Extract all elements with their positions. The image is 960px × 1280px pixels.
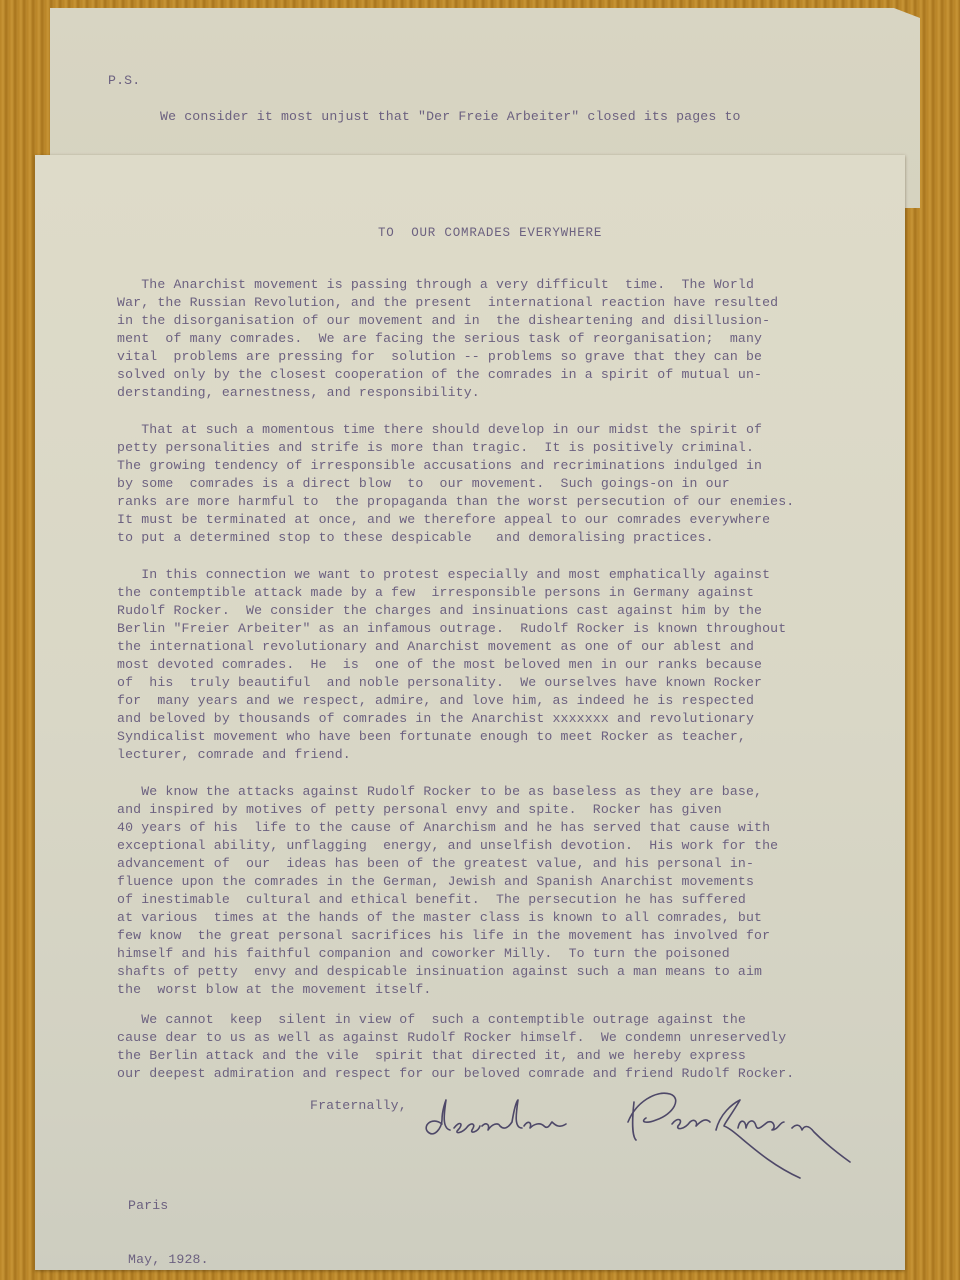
paragraph-line: 40 years of his life to the cause of Ana… <box>117 819 778 837</box>
paragraph-line: the Berlin attack and the vile spirit th… <box>117 1047 794 1065</box>
paragraph-line: of inestimable cultural and ethical bene… <box>117 891 778 909</box>
paragraph-line: vital problems are pressing for solution… <box>117 348 778 366</box>
paragraph: We cannot keep silent in view of such a … <box>117 1011 794 1083</box>
paragraph-line: derstanding, earnestness, and responsibi… <box>117 384 778 402</box>
paragraph-line: We know the attacks against Rudolf Rocke… <box>117 783 778 801</box>
paragraph-line: The Anarchist movement is passing throug… <box>117 276 778 294</box>
paragraph-line: ment of many comrades. We are facing the… <box>117 330 778 348</box>
paragraph-line: The growing tendency of irresponsible ac… <box>117 457 794 475</box>
paragraph-line: cause dear to us as well as against Rudo… <box>117 1029 794 1047</box>
paragraph: In this connection we want to protest es… <box>117 566 786 764</box>
paragraph: The Anarchist movement is passing throug… <box>117 276 778 402</box>
paragraph-line: by some comrades is a direct blow to our… <box>117 475 794 493</box>
paragraph-line: Berlin "Freier Arbeiter" as an infamous … <box>117 620 786 638</box>
postscript: P.S. We consider it most unjust that "De… <box>108 72 124 126</box>
paragraph-line: fluence upon the comrades in the German,… <box>117 873 778 891</box>
paragraph-line: the contemptible attack made by a few ir… <box>117 584 786 602</box>
paragraph-line: ranks are more harmful to the propaganda… <box>117 493 794 511</box>
paragraph-line: of his truly beautiful and noble persona… <box>117 674 786 692</box>
paragraph-line: lecturer, comrade and friend. <box>117 746 786 764</box>
paragraph-line: at various times at the hands of the mas… <box>117 909 778 927</box>
paragraph-line: and beloved by thousands of comrades in … <box>117 710 786 728</box>
paragraph-line: most devoted comrades. He is one of the … <box>117 656 786 674</box>
paragraph: We know the attacks against Rudolf Rocke… <box>117 783 778 999</box>
paragraph-line: shafts of petty envy and despicable insi… <box>117 963 778 981</box>
letter-title: TO OUR COMRADES EVERYWHERE <box>378 224 602 242</box>
paragraph-line: to put a determined stop to these despic… <box>117 529 794 547</box>
paragraph-line: for many years and we respect, admire, a… <box>117 692 786 710</box>
signature <box>420 1080 880 1180</box>
paragraph-line: Rudolf Rocker. We consider the charges a… <box>117 602 786 620</box>
paragraph-line: few know the great personal sacrifices h… <box>117 927 778 945</box>
paragraph-line: It must be terminated at once, and we th… <box>117 511 794 529</box>
paragraph-line: petty personalities and strife is more t… <box>117 439 794 457</box>
date: May, 1928. <box>128 1251 209 1269</box>
paragraph: That at such a momentous time there shou… <box>117 421 794 547</box>
postscript-label: P.S. <box>108 72 140 90</box>
paragraph-line: the international revolutionary and Anar… <box>117 638 786 656</box>
paragraph-line: in the disorganisation of our movement a… <box>117 312 778 330</box>
signature-scribble-icon <box>420 1080 880 1180</box>
paragraph-line: In this connection we want to protest es… <box>117 566 786 584</box>
paragraph-line: Syndicalist movement who have been fortu… <box>117 728 786 746</box>
postscript-line: We consider it most unjust that "Der Fre… <box>160 108 741 126</box>
paragraph-line: the worst blow at the movement itself. <box>117 981 778 999</box>
paragraph-line: exceptional ability, unflagging energy, … <box>117 837 778 855</box>
place: Paris <box>128 1197 209 1215</box>
paragraph-line: solved only by the closest cooperation o… <box>117 366 778 384</box>
paragraph-line: advancement of our ideas has been of the… <box>117 855 778 873</box>
closing: Fraternally, <box>310 1097 407 1115</box>
place-date: Paris May, 1928. <box>128 1161 209 1280</box>
paragraph-line: and inspired by motives of petty persona… <box>117 801 778 819</box>
paragraph-line: War, the Russian Revolution, and the pre… <box>117 294 778 312</box>
paragraph-line: That at such a momentous time there shou… <box>117 421 794 439</box>
paragraph-line: himself and his faithful companion and c… <box>117 945 778 963</box>
paragraph-line: We cannot keep silent in view of such a … <box>117 1011 794 1029</box>
